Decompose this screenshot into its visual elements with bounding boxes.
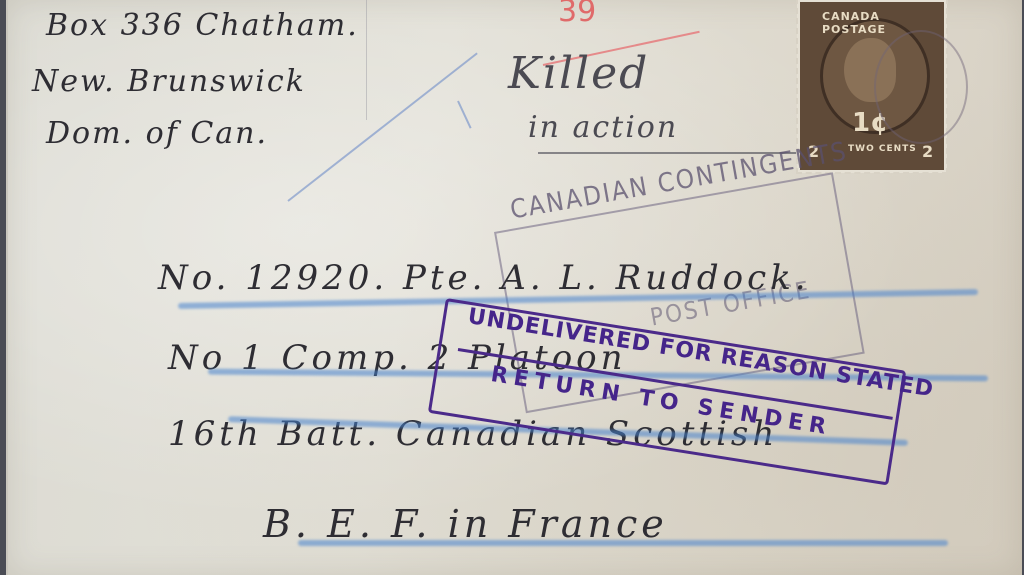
stamp-corner-right: 2 <box>922 142 933 161</box>
recipient-line-1: No. 12920. Pte. A. L. Ruddock. <box>158 258 810 298</box>
sender-line-2: New. Brunswick <box>32 64 306 99</box>
pencil-annotation-line-2: in action <box>528 110 678 145</box>
strike-line-4 <box>298 540 948 546</box>
blue-check-mark <box>457 101 471 129</box>
pencil-annotation-line-1: Killed <box>508 48 649 99</box>
sender-line-3: Dom. of Can. <box>46 116 268 151</box>
paper-crease <box>366 0 367 120</box>
envelope: Box 336 Chatham. New. Brunswick Dom. of … <box>6 0 1022 575</box>
stamp-bottom-text: TWO CENTS <box>848 144 917 154</box>
circular-postmark <box>874 30 968 144</box>
sender-line-1: Box 336 Chatham. <box>46 8 359 43</box>
blue-crayon-line <box>287 52 477 201</box>
red-number-mark: 39 <box>558 0 596 29</box>
